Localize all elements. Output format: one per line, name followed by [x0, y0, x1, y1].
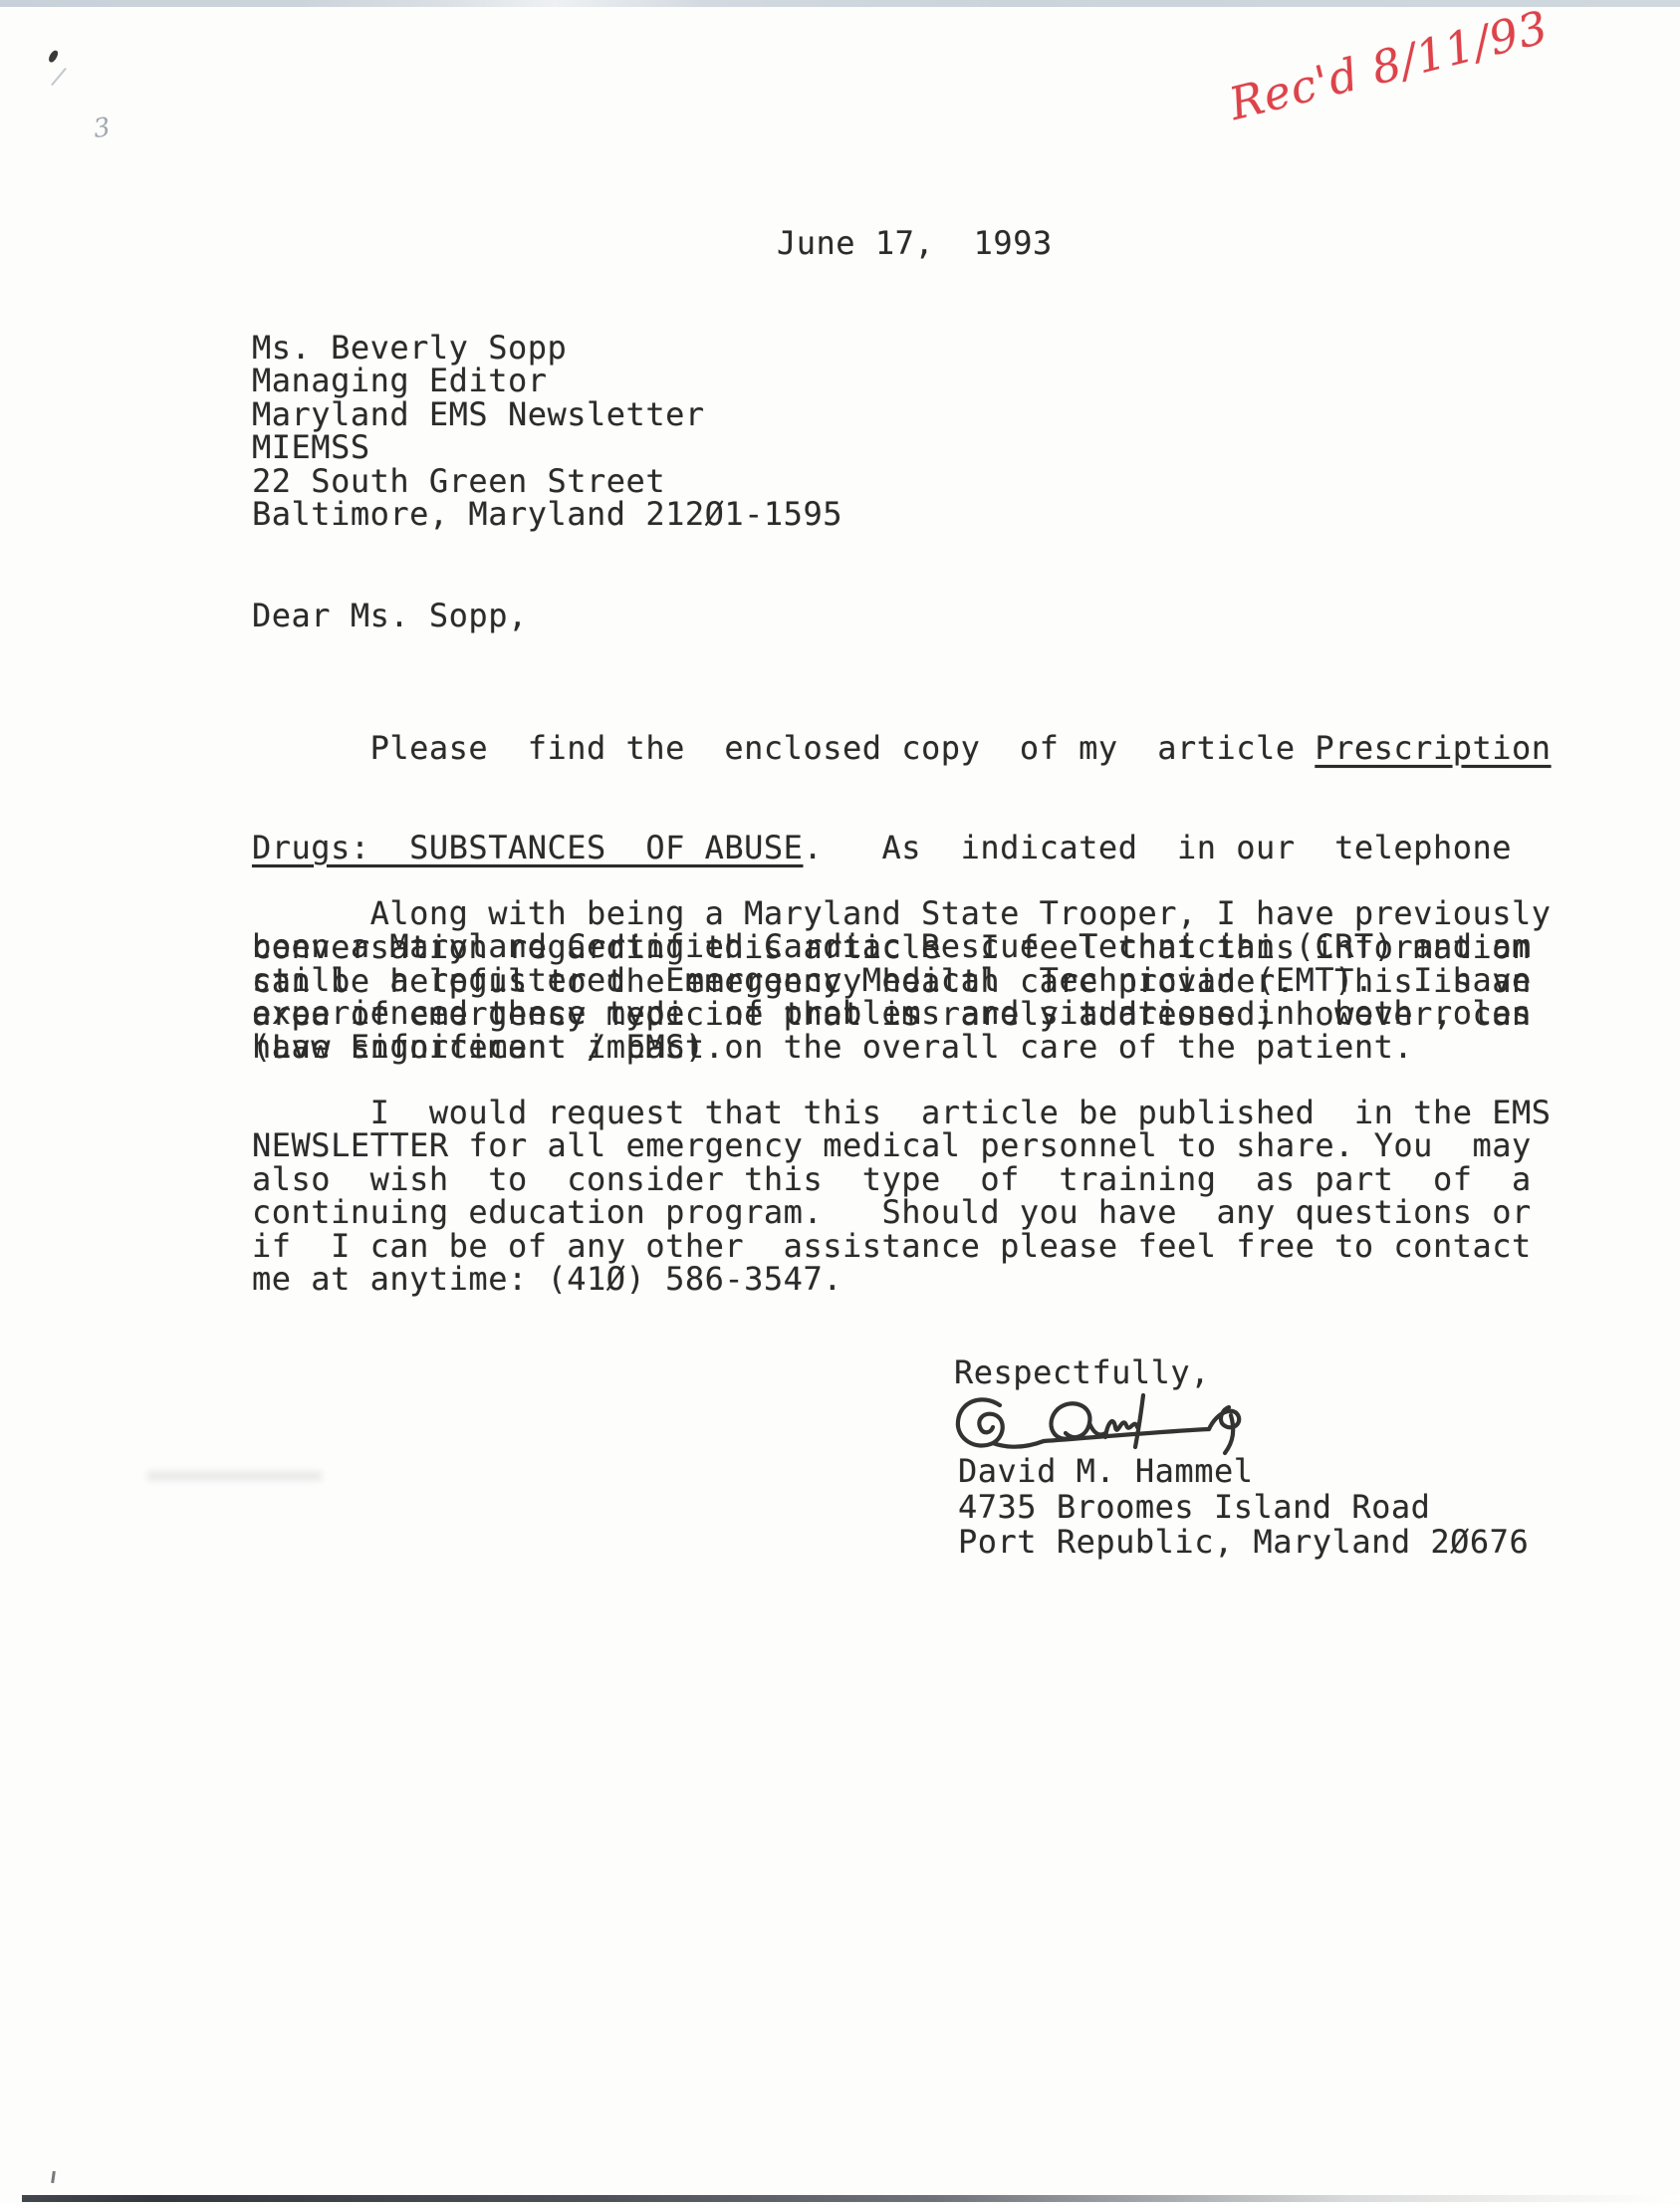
scan-edge-bottom — [22, 2195, 1680, 2202]
scan-tick-mark — [51, 2171, 56, 2183]
underlined-article-title-part-1: Prescription — [1315, 729, 1551, 767]
letter-page: 3 Rec'd 8/11/93 June 17, 1993 Ms. Beverl… — [0, 0, 1680, 2204]
pencil-mark: 3 — [92, 113, 113, 144]
scan-smudge — [147, 1471, 322, 1481]
paragraph-3: I would request that this article be pub… — [252, 1097, 1552, 1296]
paragraph-1-line-2-text: . As indicated in our telephone — [803, 829, 1512, 866]
recipient-address: Ms. Beverly Sopp Managing Editor Marylan… — [252, 332, 842, 531]
sender-address: David M. Hammel 4735 Broomes Island Road… — [958, 1454, 1529, 1561]
underlined-article-title-part-2: Drugs: SUBSTANCES OF ABUSE — [252, 829, 803, 866]
paragraph-1-line-1: Please find the enclosed copy of my arti… — [252, 732, 1552, 765]
scan-speck-icon — [48, 49, 60, 64]
scan-slash-mark — [51, 68, 67, 86]
paragraph-1-line-2: Drugs: SUBSTANCES OF ABUSE. As indicated… — [252, 832, 1552, 864]
paragraph-2: Along with being a Maryland State Troope… — [252, 897, 1552, 1064]
letter-date: June 17, 1993 — [777, 227, 1053, 260]
valediction: Respectfully, — [954, 1356, 1210, 1389]
scan-edge-top — [0, 0, 1680, 7]
salutation: Dear Ms. Sopp, — [252, 600, 528, 632]
received-date-stamp: Rec'd 8/11/93 — [1224, 2, 1546, 130]
paragraph-1-line-1-text: Please find the enclosed copy of my arti… — [252, 729, 1315, 767]
